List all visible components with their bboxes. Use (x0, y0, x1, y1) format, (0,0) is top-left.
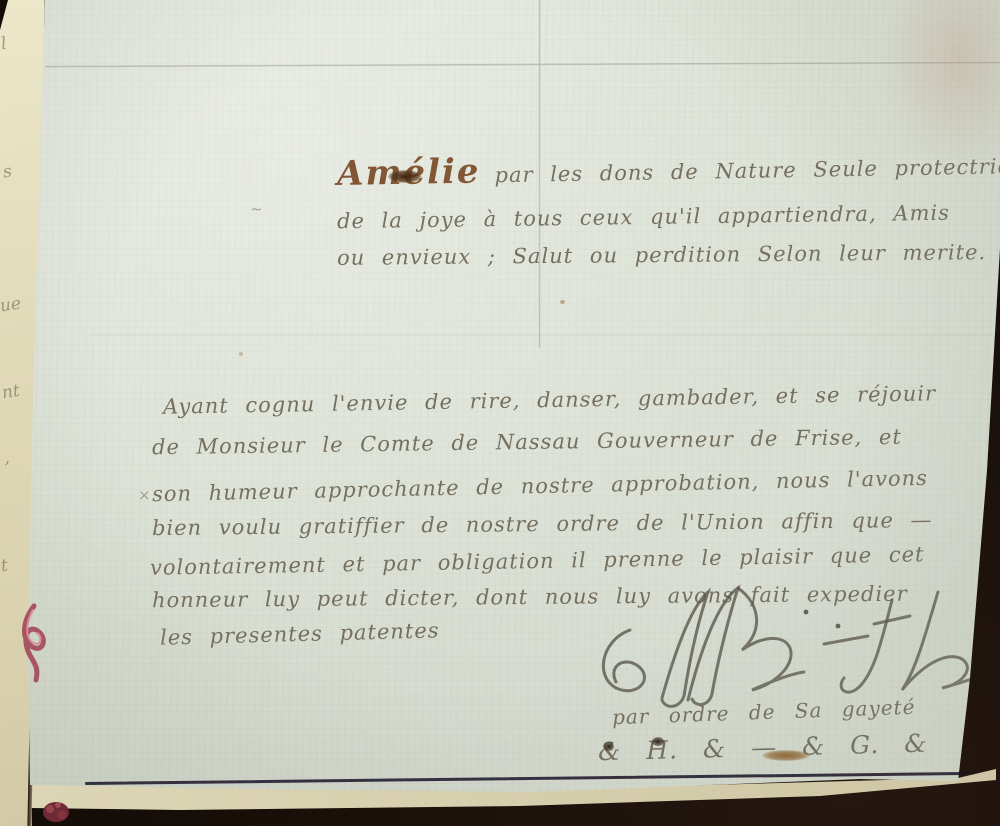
fold-crease (90, 334, 1000, 336)
body-line: les presentes patentes (160, 618, 440, 649)
salutation-amelie: Amélie (337, 151, 481, 193)
body-line: volontairement et par obligation il pren… (150, 542, 925, 580)
body-line: Ayant cognu l'envie de rire, danser, gam… (163, 381, 936, 418)
margin-fragment: nt (1, 381, 21, 403)
heading-line: Améliepar les dons de Nature Seule prote… (337, 142, 1000, 194)
margin-tick: × (138, 486, 151, 504)
margin-tick: ~ (250, 200, 263, 218)
initials-line: & H. & — & G. & (598, 729, 928, 767)
paper-speck (560, 300, 565, 304)
seal-thread-knot (40, 796, 76, 826)
fold-crease (45, 61, 1000, 68)
heading-text: par les dons de Nature Seule protectrice (494, 154, 1000, 187)
heading-line: ou envieux ; Salut ou perdition Selon le… (337, 240, 986, 270)
signature-monogram (592, 578, 997, 713)
manuscript-photo: l s ue nt , t Améliepar les dons de Natu… (0, 0, 1000, 826)
margin-fragment: ue (0, 294, 22, 317)
letter-page: Améliepar les dons de Nature Seule prote… (0, 0, 1000, 826)
heading-line: de la joye à tous ceux qu'il appartiendr… (337, 201, 950, 234)
body-line: bien voulu gratiffier de nostre ordre de… (152, 508, 933, 540)
seal-thread (18, 602, 58, 686)
body-line: de Monsieur le Comte de Nassau Gouverneu… (152, 425, 902, 459)
paper-speck (239, 352, 243, 356)
body-line: son humeur approchante de nostre approba… (152, 466, 928, 506)
